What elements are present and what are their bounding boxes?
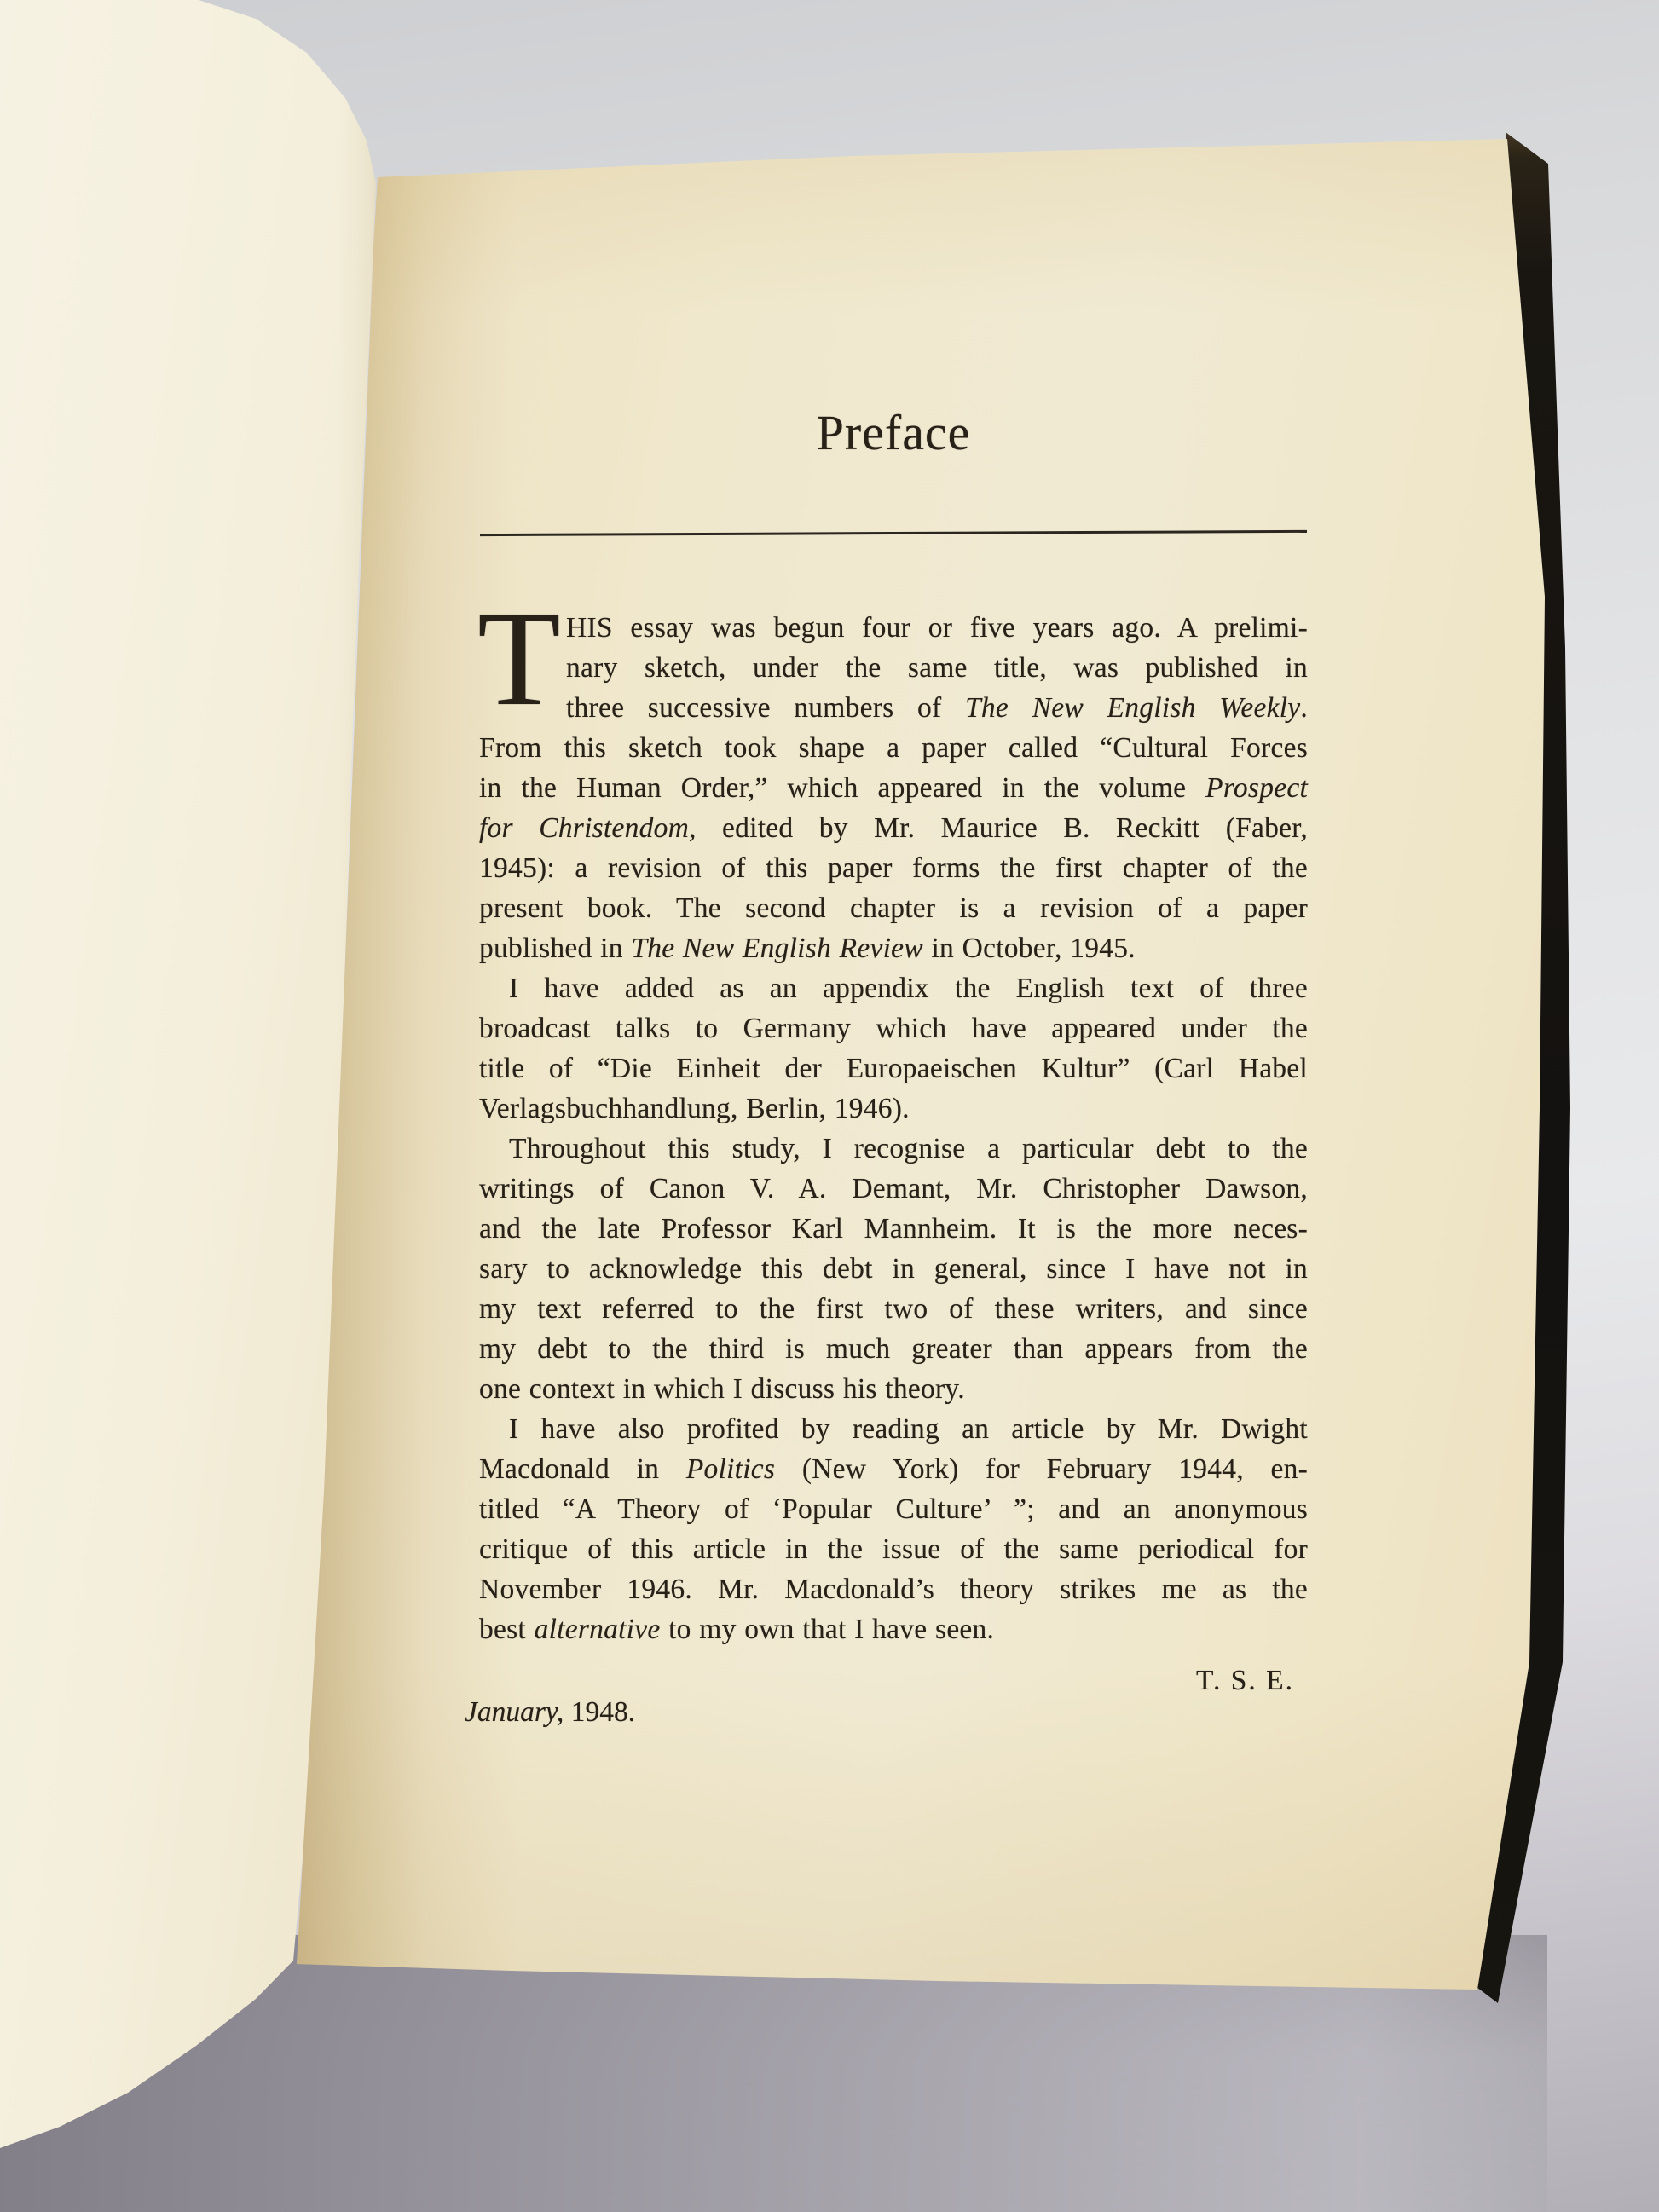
text-line: nary sketch, under the same title, was p… [566, 648, 1308, 688]
text-line: my text referred to the first two of the… [479, 1289, 1308, 1329]
date-line: January, 1948. [465, 1692, 1061, 1732]
text-line: published in The New English Review in O… [479, 928, 1308, 968]
text-line: HIS essay was begun four or five years a… [566, 608, 1308, 648]
text-line: From this sketch took shape a paper call… [479, 728, 1308, 768]
text-line: in the Human Order,” which appeared in t… [479, 768, 1308, 808]
page-title: Preface [479, 407, 1308, 459]
text-line: present book. The second chapter is a re… [479, 888, 1308, 928]
title-rule [480, 530, 1307, 536]
preface-body: HIS essay was begun four or five years a… [479, 608, 1308, 1649]
text-line: broadcast talks to Germany which have ap… [479, 1008, 1308, 1048]
text-line: one context in which I discuss his theor… [479, 1369, 1308, 1409]
text-line: 1945): a revision of this paper forms th… [479, 848, 1308, 888]
text-line: I have added as an appendix the English … [479, 968, 1308, 1008]
printed-text: Preface T HIS essay was begun four or fi… [0, 0, 1659, 2212]
text-line: Throughout this study, I recognise a par… [479, 1129, 1308, 1169]
text-line: titled “A Theory of ‘Popular Culture’ ”;… [479, 1489, 1308, 1529]
text-line: best alternative to my own that I have s… [479, 1609, 1308, 1649]
text-line: my debt to the third is much greater tha… [479, 1329, 1308, 1369]
text-line: for Christendom, edited by Mr. Maurice B… [479, 808, 1308, 848]
text-line: November 1946. Mr. Macdonald’s theory st… [479, 1569, 1308, 1609]
text-line: I have also profited by reading an artic… [479, 1409, 1308, 1449]
text-line: and the late Professor Karl Mannheim. It… [479, 1209, 1308, 1249]
text-line: three successive numbers of The New Engl… [566, 688, 1308, 728]
text-line: sary to acknowledge this debt in general… [479, 1249, 1308, 1289]
text-line: writings of Canon V. A. Demant, Mr. Chri… [479, 1169, 1308, 1209]
text-line: Verlagsbuchhandlung, Berlin, 1946). [479, 1089, 1308, 1129]
book-photo-scene: Preface T HIS essay was begun four or fi… [0, 0, 1659, 2212]
text-line: title of “Die Einheit der Europaeischen … [479, 1048, 1308, 1089]
text-line: Macdonald in Politics (New York) for Feb… [479, 1449, 1308, 1489]
text-line: critique of this article in the issue of… [479, 1529, 1308, 1569]
